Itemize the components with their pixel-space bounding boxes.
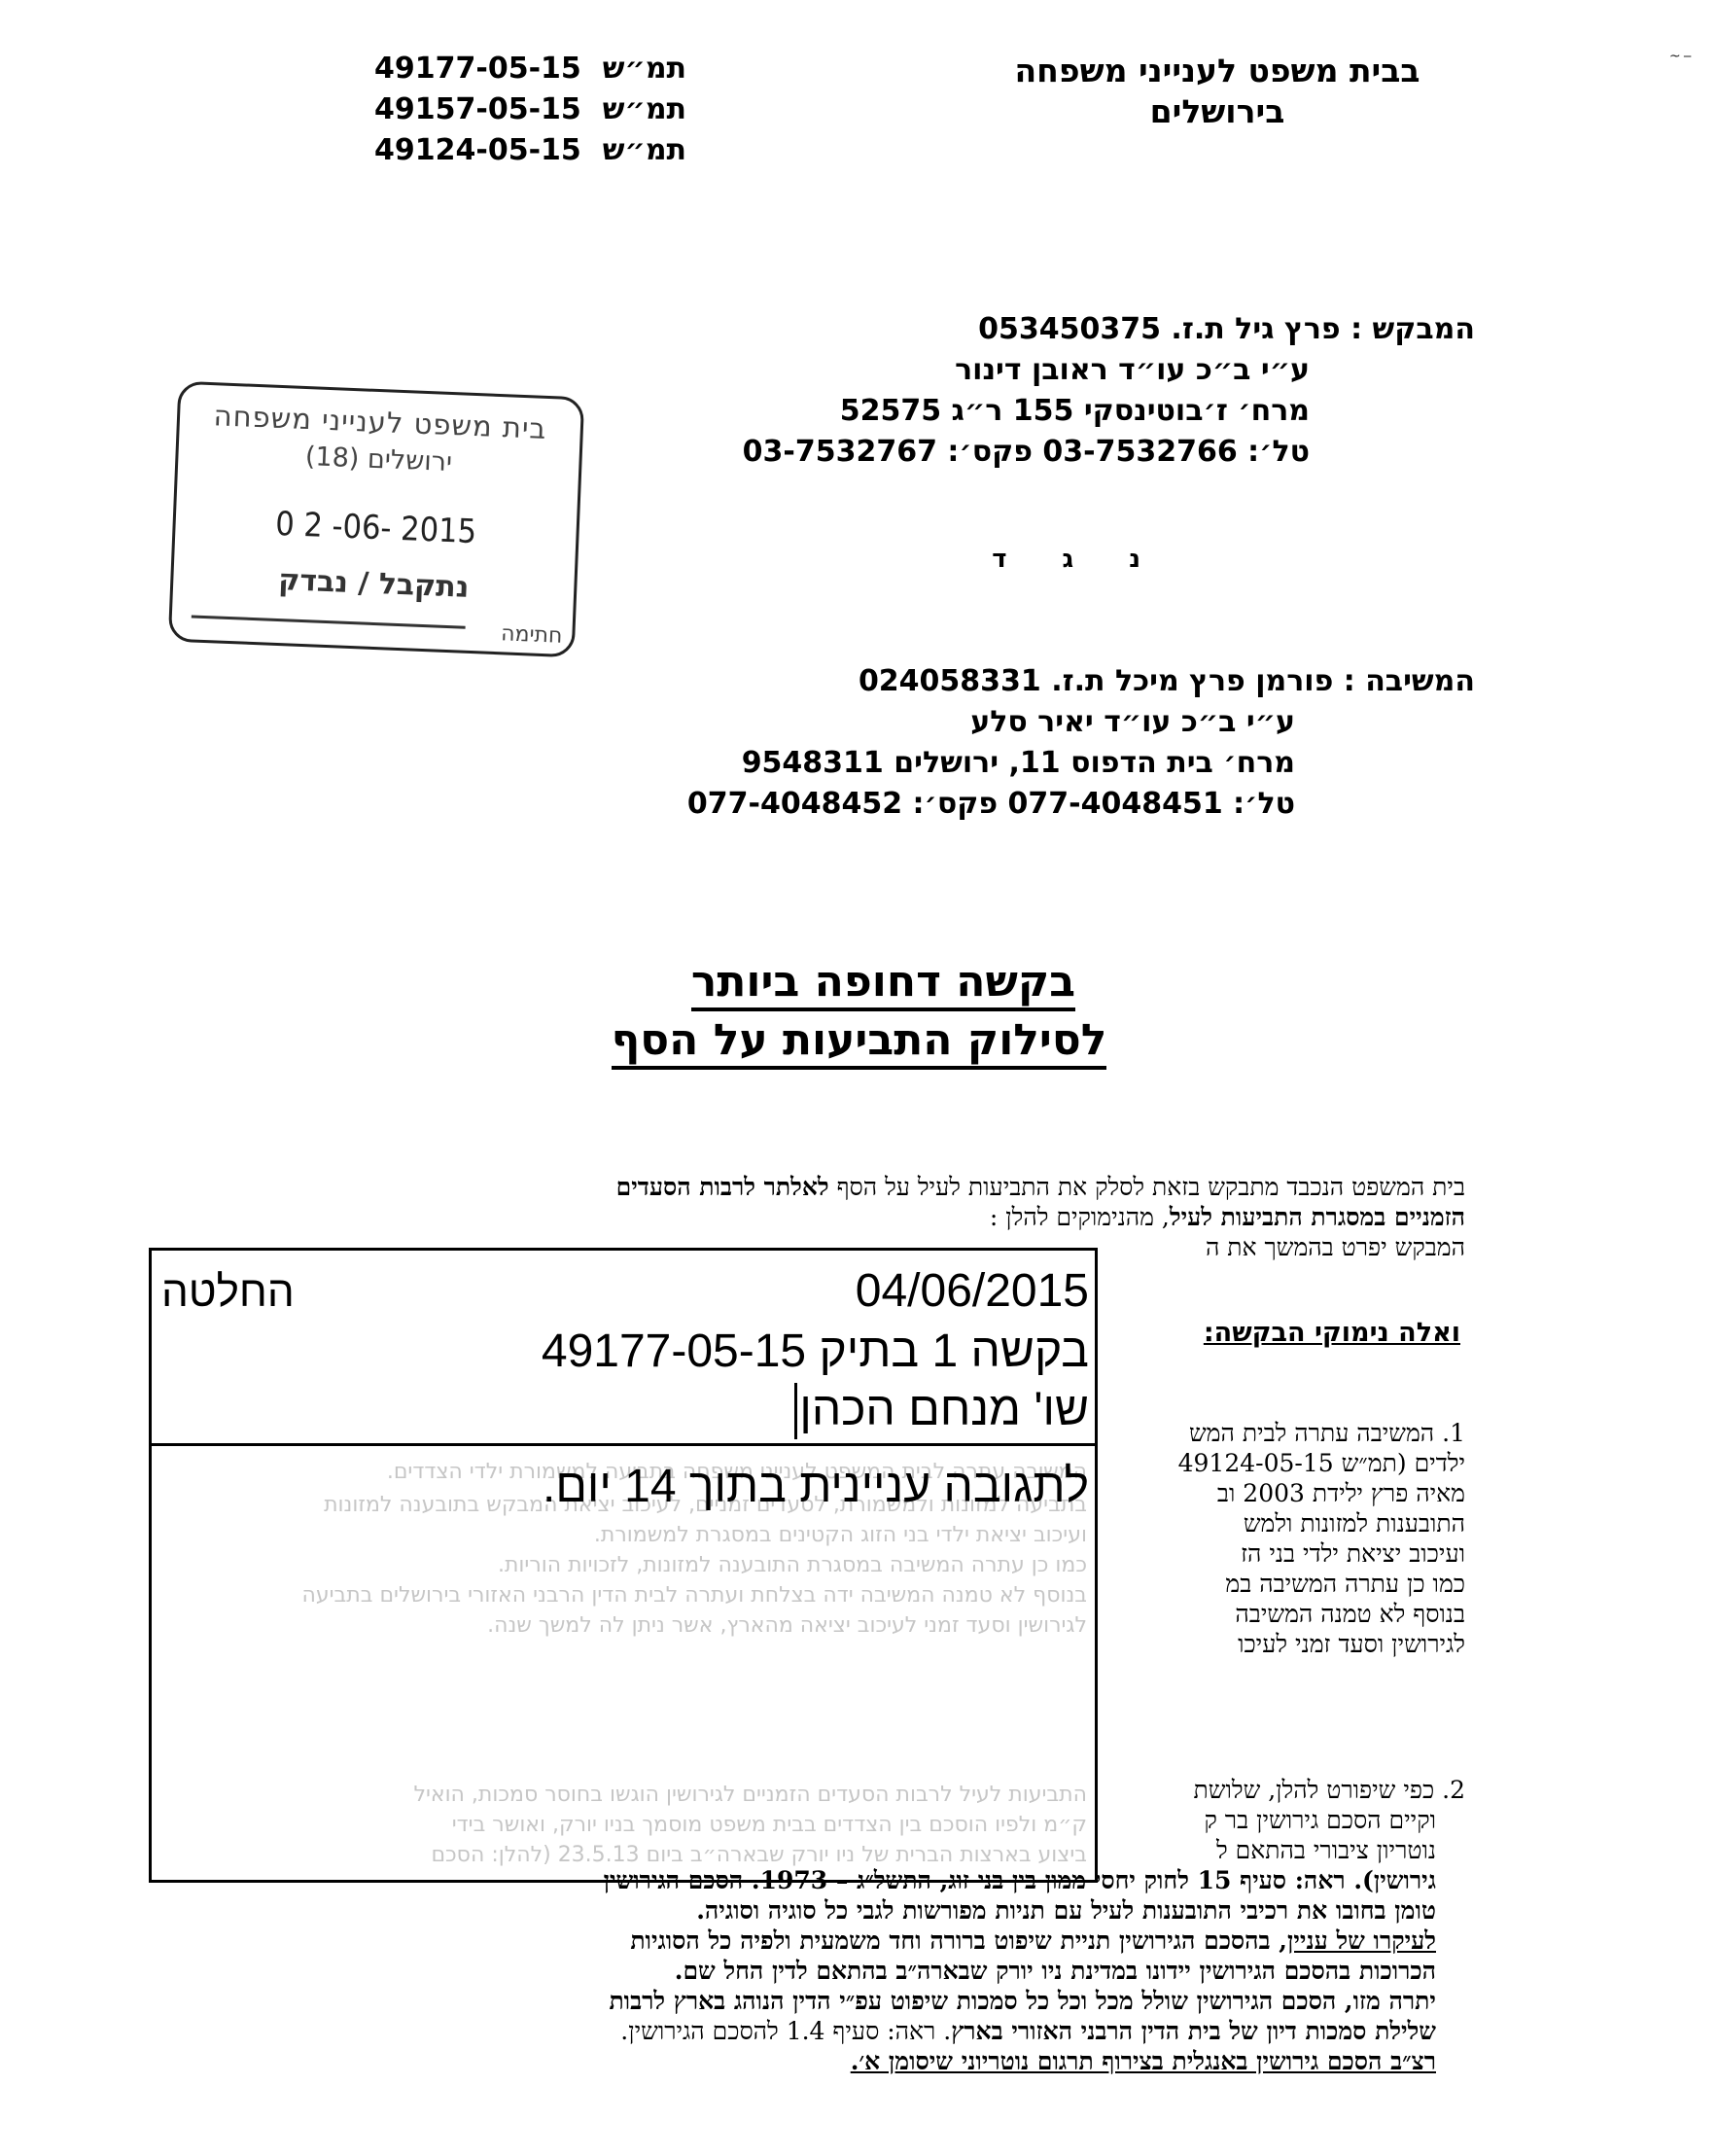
title-line-2: לסילוק התביעות על הסף xyxy=(612,1015,1107,1070)
court-header: בבית משפט לענייני משפחה בירושלים xyxy=(964,51,1470,132)
respondent-counsel: ע״י ב״כ עו״ד יאיר סלע xyxy=(687,702,1475,743)
case-number: 49124-05-15 xyxy=(374,130,581,171)
respondent-role-label: המשיבה : xyxy=(1344,661,1475,702)
decision-judge: שו' מנחם הכהן xyxy=(794,1383,1089,1439)
para1-line: בנוסף לא טמנה המשיבה xyxy=(1057,1599,1465,1629)
applicant-name-line: המבקש : פרץ גיל ת.ז. 053450375 xyxy=(743,309,1475,350)
para1-line: 1. המשיבה עתרה לבית המש xyxy=(1057,1418,1465,1448)
case-type-label: תמ״ש xyxy=(603,89,686,130)
intro-line-1: בית המשפט הנכבד מתבקש בזאת לסלק את התביע… xyxy=(269,1172,1465,1202)
para2-text: . ראה: סעיף 1.4 להסכם הגירושין. xyxy=(620,2017,951,2045)
stamp-signature-label: חתימה xyxy=(501,621,563,649)
decision-header: החלטה 04/06/2015 בקשה 1 בתיק 49177-05-15… xyxy=(152,1251,1095,1446)
decision-box: המשיבה עתרה לבית המשפט לענייני משפחה בתב… xyxy=(149,1248,1098,1883)
case-number-row: תמ״ש 49157-05-15 xyxy=(374,89,763,130)
case-type-label: תמ״ש xyxy=(603,49,686,89)
faded-line: בנוסף לא טמנה המשיבה ידה בצלחת ועתרה לבי… xyxy=(158,1580,1087,1610)
intro-line-2: הזמניים במסגרת התביעות לעיל, מהנימוקים ל… xyxy=(269,1202,1465,1232)
stamp-date: 0 2 -06- 2015 xyxy=(175,501,577,556)
applicant-name: פרץ גיל ת.ז. 053450375 xyxy=(978,312,1341,346)
faded-line: כמו כן עתרה המשיבה במסגרת התובענה למזונו… xyxy=(158,1550,1087,1580)
versus-label: נ ג ד xyxy=(992,545,1164,574)
faded-line: ביצוע בארצות הברית של ניו יורק שבארה״ב ב… xyxy=(158,1840,1087,1870)
decision-ruling: לתגובה עניינית בתוך 14 יום. xyxy=(543,1460,1089,1513)
para2-line: הכרוכות בהסכם הגירושין יידונו במדינת ניו… xyxy=(172,1956,1465,1986)
respondent-block: המשיבה : פורמן פרץ מיכל ת.ז. 024058331 ע… xyxy=(687,661,1475,825)
case-type-label: תמ״ש xyxy=(603,130,686,171)
case-number: 49157-05-15 xyxy=(374,89,581,130)
para2-underlined-text: לעיקרו של עניין xyxy=(1287,1926,1436,1955)
case-number-row: תמ״ש 49124-05-15 xyxy=(374,130,763,171)
intro-text-2: , מהנימוקים להלן : xyxy=(990,1203,1170,1231)
faded-line: לגירושין וסעד זמני לעיכוב יציאה מהארץ, א… xyxy=(158,1610,1087,1641)
respondent-name-line: המשיבה : פורמן פרץ מיכל ת.ז. 024058331 xyxy=(687,661,1475,702)
paragraph-1: 1. המשיבה עתרה לבית המש ילדים (תמ״ש 4912… xyxy=(1057,1418,1465,1659)
para2-text: , בהסכם הגירושין תניית שיפוט ברורה וחד מ… xyxy=(630,1926,1287,1955)
faded-line: התביעות לעיל לרבות הסעדים הזמניים לגירוש… xyxy=(158,1780,1087,1810)
attachment-reference: רצ״ב הסכם גירושין באנגלית בצירוף תרגום נ… xyxy=(851,2047,1436,2075)
decision-date: 04/06/2015 xyxy=(856,1264,1089,1318)
para2-line: שלילת סמכות דיון של בית הדין הרבני האזור… xyxy=(172,2016,1465,2046)
para1-line: ילדים (תמ״ש 49124-05-15 xyxy=(1057,1448,1465,1478)
para2-bold-text: שלילת סמכות דיון של בית הדין הרבני האזור… xyxy=(951,2017,1436,2045)
para2-line: טומן בחובו את רכיבי התובענות לעיל עם תני… xyxy=(172,1895,1465,1926)
para1-line: כמו כן עתרה המשיבה במ xyxy=(1057,1569,1465,1599)
para2-line: יתרה מזו, הסכם הגירושין שולל מכל וכל כל … xyxy=(172,1986,1465,2016)
document-title: בקשה דחופה ביותר לסילוק התביעות על הסף xyxy=(0,953,1718,1070)
case-number: 49177-05-15 xyxy=(374,49,581,89)
received-stamp: בית משפט לענייני משפחה ירושלים (18) 0 2 … xyxy=(168,381,584,658)
case-number-row: תמ״ש 49177-05-15 xyxy=(374,49,763,89)
intro-bold-text: לאלתר לרבות הסעדים xyxy=(616,1173,829,1201)
intro-text: בית המשפט הנכבד מתבקש בזאת לסלק את התביע… xyxy=(829,1173,1465,1201)
applicant-phones: טל׳: 03-7532766 פקס׳: 03-7532767 xyxy=(743,432,1475,473)
para1-line: מאיה פרץ ילידת 2003 וב xyxy=(1057,1478,1465,1508)
applicant-counsel: ע״י ב״כ עו״ד ראובן דינור xyxy=(743,350,1475,391)
para2-text: טומן בחובו את רכיבי התובענות לעיל עם תני… xyxy=(696,1896,1436,1925)
decision-request-line: בקשה 1 בתיק 49177-05-15 xyxy=(542,1325,1089,1378)
para2-text: יתרה מזו, הסכם הגירושין שולל מכל וכל כל … xyxy=(609,1987,1436,2015)
faded-underlying-text-2: התביעות לעיל לרבות הסעדים הזמניים לגירוש… xyxy=(158,1780,1087,1870)
title-line-1: בקשה דחופה ביותר xyxy=(691,957,1075,1011)
para1-line: לגירושין וסעד זמני לעיכו xyxy=(1057,1629,1465,1659)
case-numbers: תמ״ש 49177-05-15 תמ״ש 49157-05-15 תמ״ש 4… xyxy=(374,49,763,171)
respondent-phones: טל׳: 077-4048451 פקס׳: 077-4048452 xyxy=(687,784,1475,825)
intro-bold-text-2: הזמניים במסגרת התביעות לעיל xyxy=(1170,1203,1465,1231)
respondent-address: מרח׳ בית הדפוס 11, ירושלים 9548311 xyxy=(687,743,1475,784)
stamp-status: נתקבל / נבדק xyxy=(173,559,575,610)
applicant-block: המבקש : פרץ גיל ת.ז. 053450375 ע״י ב״כ ע… xyxy=(743,309,1475,473)
decision-label: החלטה xyxy=(161,1268,295,1317)
applicant-role-label: המבקש : xyxy=(1350,309,1475,350)
scan-artifact-mark: ~ ‒ xyxy=(1669,49,1691,64)
para2-text: הכרוכות בהסכם הגירושין יידונו במדינת ניו… xyxy=(675,1957,1436,1985)
para2-line: רצ״ב הסכם גירושין באנגלית בצירוף תרגום נ… xyxy=(172,2046,1465,2076)
court-name: בבית משפט לענייני משפחה xyxy=(964,51,1470,91)
faded-line: ועיכוב יציאת ילדי בני הזוג הקטינים במסגר… xyxy=(158,1520,1087,1550)
faded-line: ק״מ ולפיו הוסכם בין הצדדים בבית משפט מוס… xyxy=(158,1810,1087,1840)
applicant-address: מרח׳ ז׳בוטינסקי 155 ר״ג 52575 xyxy=(743,391,1475,432)
court-city: בירושלים xyxy=(964,91,1470,132)
respondent-name: פורמן פרץ מיכל ת.ז. 024058331 xyxy=(859,664,1333,698)
stamp-signature-line xyxy=(192,615,466,628)
para1-line: התובענות למזונות ולמש xyxy=(1057,1508,1465,1538)
reasons-heading: ואלה נימוקי הבקשה: xyxy=(1204,1318,1460,1348)
para1-line: ועיכוב יציאת ילדי בני הז xyxy=(1057,1538,1465,1569)
para2-line: לעיקרו של עניין, בהסכם הגירושין תניית שי… xyxy=(172,1926,1465,1956)
